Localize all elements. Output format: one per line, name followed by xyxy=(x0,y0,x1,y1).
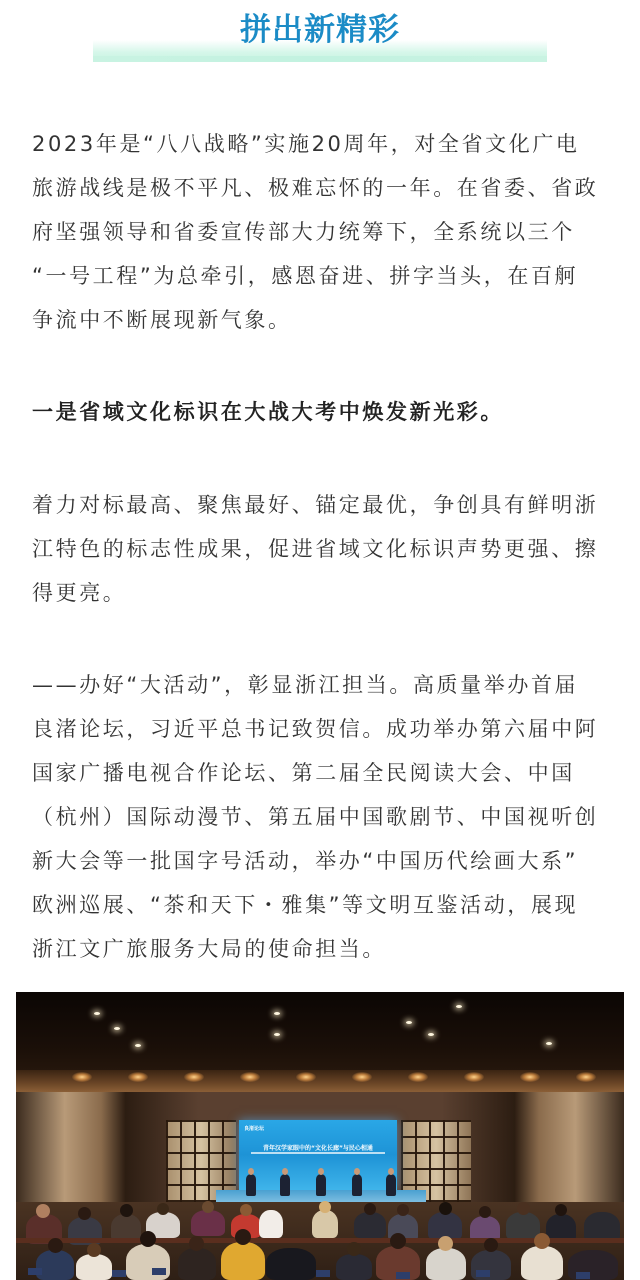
subheading-text: 一是省域文化标识在大战大考中焕发新光彩。 xyxy=(32,390,612,434)
screen-logo: 良渚论坛 xyxy=(244,1125,264,1132)
wall-light-icon xyxy=(352,1072,372,1082)
wall-light-icon xyxy=(464,1072,484,1082)
wall-light-icon xyxy=(296,1072,316,1082)
ceiling-light-icon xyxy=(406,1021,412,1024)
text-line: 新大会等一批国字号活动，举办“中国历代绘画大系” xyxy=(32,839,612,883)
text-line: 良渚论坛，习近平总书记致贺信。成功举办第六届中阿 xyxy=(32,707,612,751)
text-line: ——办好“大活动”，彰显浙江担当。高质量举办首届 xyxy=(32,663,612,707)
text-line: 争流中不断展现新气象。 xyxy=(32,298,612,342)
paragraph-3: ——办好“大活动”，彰显浙江担当。高质量举办首届 良渚论坛，习近平总书记致贺信。… xyxy=(32,663,612,971)
text-line: 府坚强领导和省委宣传部大力统筹下，全系统以三个 xyxy=(32,210,612,254)
screen-subtitle xyxy=(251,1152,385,1154)
ceiling-light-icon xyxy=(274,1012,280,1015)
ceiling-light-icon xyxy=(114,1027,120,1030)
text-line: 国家广播电视合作论坛、第二届全民阅读大会、中国 xyxy=(32,751,612,795)
ceiling-light-icon xyxy=(94,1012,100,1015)
text-line: （杭州）国际动漫节、第五届中国歌剧节、中国视听创 xyxy=(32,795,612,839)
intro-paragraph: 2023年是“八八战略”实施20周年，对全省文化广电 旅游战线是极不平凡、极难忘… xyxy=(32,122,612,342)
text-line: 2023年是“八八战略”实施20周年，对全省文化广电 xyxy=(32,122,612,166)
screen-title: 青年汉学家眼中的“文化长廊”与民心相通 xyxy=(239,1143,397,1152)
text-line: 浙江文广旅服务大局的使命担当。 xyxy=(32,927,612,971)
ceiling-light-icon xyxy=(428,1033,434,1036)
panelist xyxy=(386,1174,396,1196)
wall-light-icon xyxy=(240,1072,260,1082)
conference-photo[interactable]: 良渚论坛 青年汉学家眼中的“文化长廊”与民心相通 xyxy=(16,992,624,1280)
panelist xyxy=(352,1174,362,1196)
section-title: 拼出新精彩 xyxy=(0,4,640,49)
text-line: 得更亮。 xyxy=(32,571,612,615)
ceiling-light-icon xyxy=(546,1042,552,1045)
paragraph-2: 着力对标最高、聚焦最好、锚定最优，争创具有鲜明浙 江特色的标志性成果，促进省域文… xyxy=(32,483,612,615)
panelist xyxy=(316,1174,326,1196)
panelist xyxy=(246,1174,256,1196)
wall-light-icon xyxy=(72,1072,92,1082)
text-line: “一号工程”为总牵引，感恩奋进、拼字当头，在百舸 xyxy=(32,254,612,298)
text-line: 欧洲巡展、“茶和天下・雅集”等文明互鉴活动，展现 xyxy=(32,883,612,927)
ceiling-light-icon xyxy=(274,1033,280,1036)
wall-light-icon xyxy=(128,1072,148,1082)
wall-light-icon xyxy=(576,1072,596,1082)
subheading: 一是省域文化标识在大战大考中焕发新光彩。 xyxy=(32,390,612,434)
wall-light-icon xyxy=(520,1072,540,1082)
text-line: 着力对标最高、聚焦最好、锚定最优，争创具有鲜明浙 xyxy=(32,483,612,527)
section-header: 拼出新精彩 xyxy=(0,0,640,70)
ceiling-light-icon xyxy=(456,1005,462,1008)
text-line: 江特色的标志性成果，促进省域文化标识声势更强、擦 xyxy=(32,527,612,571)
wall-light-icon xyxy=(184,1072,204,1082)
text-line: 旅游战线是极不平凡、极难忘怀的一年。在省委、省政 xyxy=(32,166,612,210)
panelist xyxy=(280,1174,290,1196)
wall-light-icon xyxy=(408,1072,428,1082)
ceiling-light-icon xyxy=(135,1044,141,1047)
